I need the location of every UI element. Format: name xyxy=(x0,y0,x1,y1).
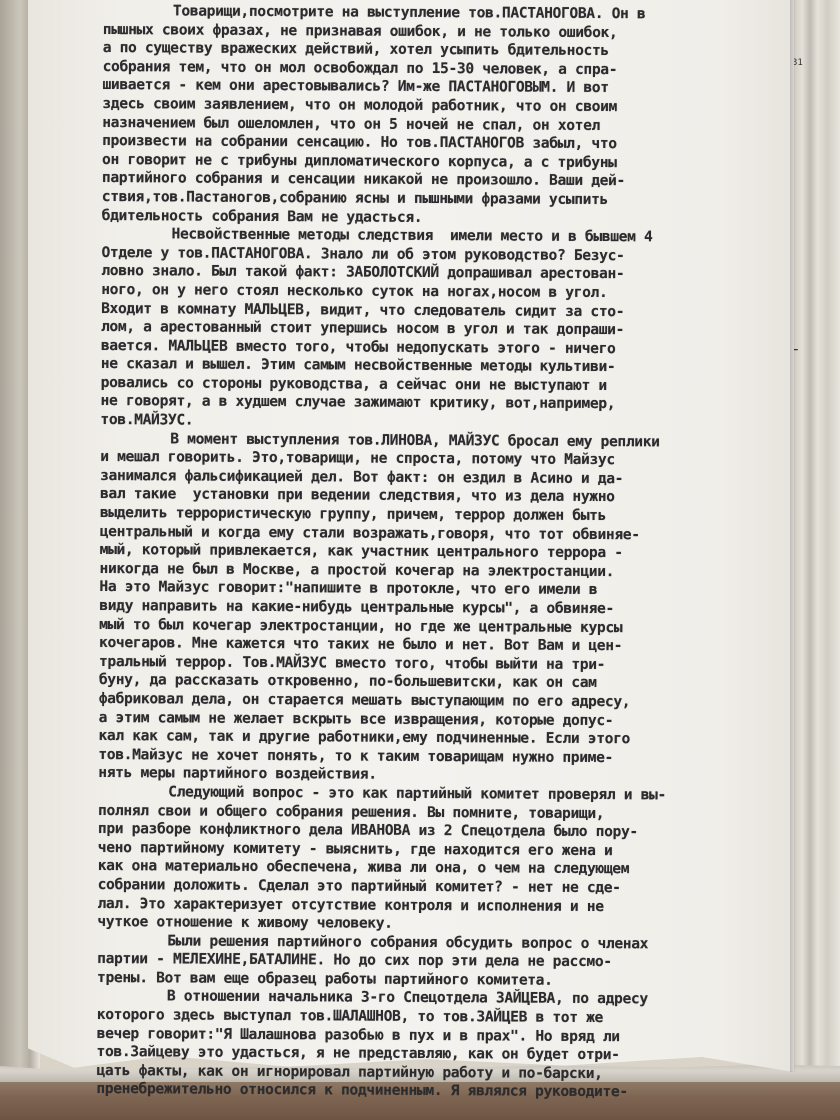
page-stack-edge: 31 ⊢ xyxy=(790,0,840,1090)
typewritten-text: Товарищи,посмотрите на выступление тов.П… xyxy=(96,2,793,1103)
document-photo: 31 ⊢ Товарищи,посмотрите на выступление … xyxy=(0,0,840,1120)
